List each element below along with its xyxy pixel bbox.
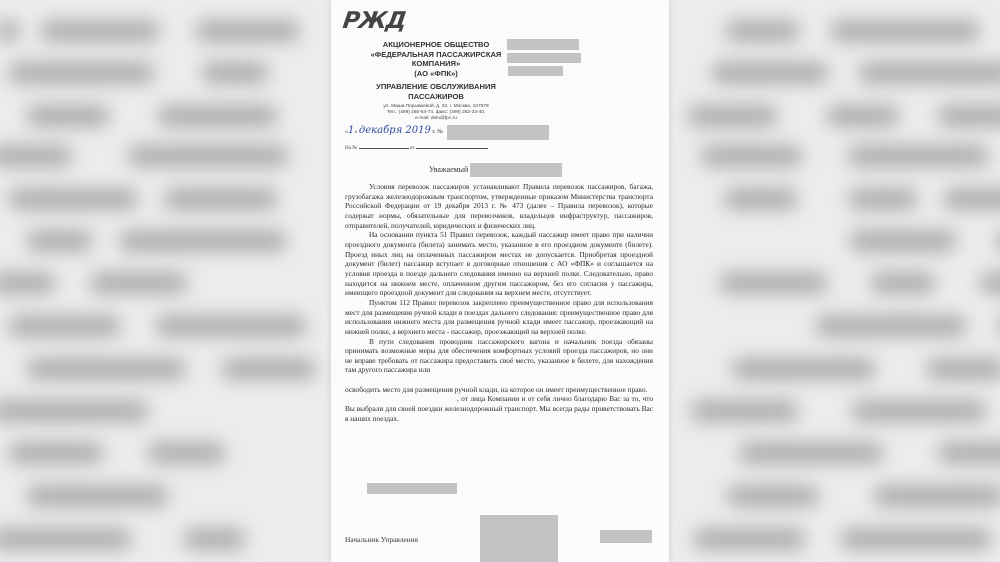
- paragraph: Пунктом 112 Правил перевозок закреплено …: [345, 298, 653, 337]
- redacted-recipient-line-1: [507, 39, 579, 50]
- letter-page: РЖД АКЦИОНЕРНОЕ ОБЩЕСТВО «ФЕДЕРАЛЬНАЯ ПА…: [331, 0, 669, 562]
- signature-title: Начальник Управления: [345, 535, 418, 544]
- rzd-logo: РЖД: [341, 8, 407, 34]
- redacted-closing-name: [367, 483, 457, 494]
- reference-line: На № от: [345, 143, 488, 151]
- redacted-recipient-name: [470, 163, 562, 177]
- paragraph: Условия перевозок пассажиров устанавлива…: [345, 182, 653, 230]
- letter-body: Условия перевозок пассажиров устанавлива…: [345, 182, 653, 423]
- closing-paragraph: , от лица Компании и от себя лично благо…: [345, 394, 653, 423]
- redacted-signer-name: [600, 530, 652, 543]
- redacted-recipient-line-2: [507, 53, 581, 63]
- paragraph: На основании пункта 51 Правил перевозок,…: [345, 230, 653, 298]
- redacted-letter-number: [447, 125, 549, 140]
- redacted-signature: [480, 515, 558, 562]
- paragraph: В пути следования проводник пассажирског…: [345, 337, 653, 376]
- letter-date: «1» декабря 2019 г. №: [345, 125, 443, 136]
- organization-name: АКЦИОНЕРНОЕ ОБЩЕСТВО «ФЕДЕРАЛЬНАЯ ПАССАЖ…: [351, 40, 521, 78]
- department-name: УПРАВЛЕНИЕ ОБСЛУЖИВАНИЯ ПАССАЖИРОВ: [351, 82, 521, 101]
- paragraph: освободить место для размещения ручной к…: [345, 385, 653, 395]
- redacted-recipient-line-3: [508, 66, 563, 76]
- address-block: ул. Маши Порываевой, д. 34, г. Москва, 1…: [351, 104, 521, 121]
